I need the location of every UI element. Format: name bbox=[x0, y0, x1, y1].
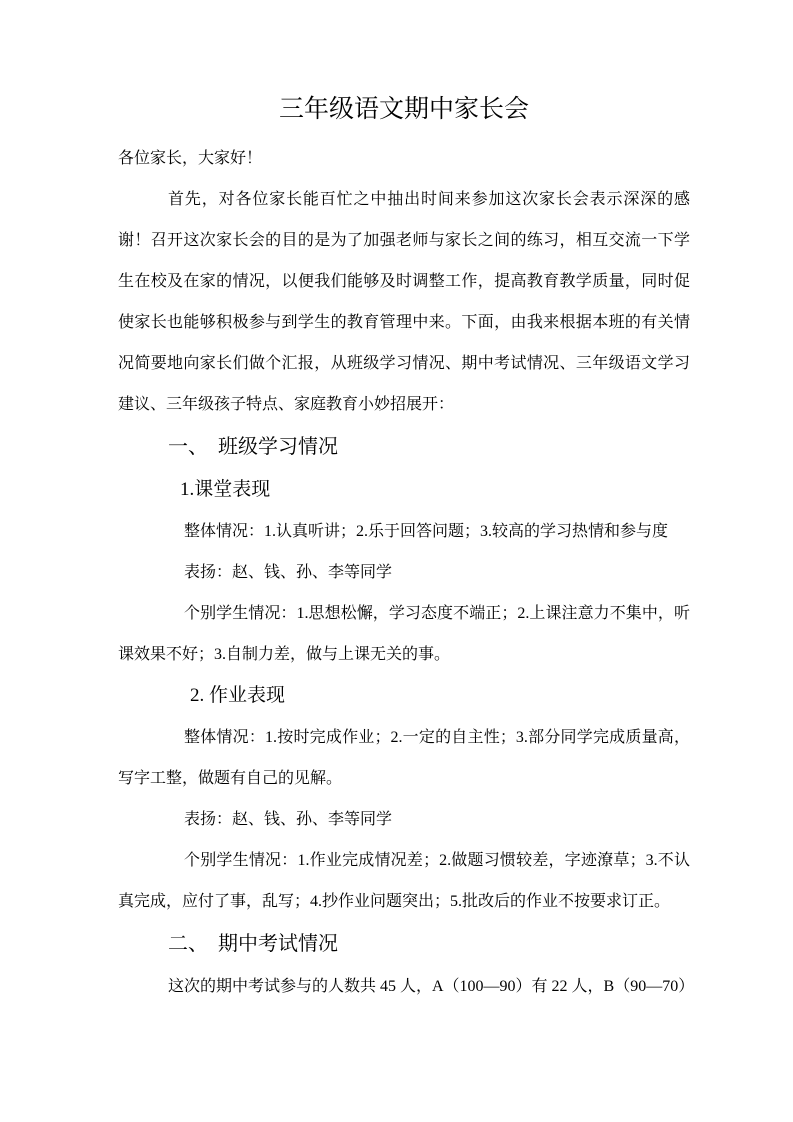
intro-paragraph: 首先，对各位家长能百忙之中抽出时间来参加这次家长会表示深深的感谢！召开这次家长会… bbox=[118, 179, 690, 425]
classroom-individual-paragraph: 个别学生情况：1.思想松懈，学习态度不端正；2.上课注意力不集中，听课效果不好；… bbox=[118, 593, 690, 675]
homework-individual-paragraph: 个别学生情况：1.作业完成情况差；2.做题习惯较差，字迹潦草；3.不认真完成，应… bbox=[118, 840, 690, 922]
greeting-paragraph: 各位家长，大家好！ bbox=[118, 138, 690, 179]
subsection-1-1-heading: 1.课堂表现 bbox=[118, 469, 690, 511]
classroom-praise-paragraph: 表扬：赵、钱、孙、李等同学 bbox=[118, 552, 690, 593]
homework-praise-paragraph: 表扬：赵、钱、孙、李等同学 bbox=[118, 799, 690, 840]
homework-overall-paragraph: 整体情况：1.按时完成作业；2.一定的自主性；3.部分同学完成质量高，写字工整，… bbox=[118, 717, 690, 799]
exam-stats-paragraph: 这次的期中考试参与的人数共 45 人，A（100—90）有 22 人，B（90—… bbox=[118, 966, 690, 1007]
section-1-heading: 一、 班级学习情况 bbox=[118, 425, 690, 469]
section-2-heading: 二、 期中考试情况 bbox=[118, 922, 690, 966]
classroom-overall-paragraph: 整体情况：1.认真听讲；2.乐于回答问题；3.较高的学习热情和参与度 bbox=[118, 511, 690, 552]
document-page: 三年级语文期中家长会 各位家长，大家好！ 首先，对各位家长能百忙之中抽出时间来参… bbox=[0, 0, 793, 1122]
document-title: 三年级语文期中家长会 bbox=[118, 88, 690, 132]
subsection-1-2-heading: 2. 作业表现 bbox=[118, 675, 690, 717]
